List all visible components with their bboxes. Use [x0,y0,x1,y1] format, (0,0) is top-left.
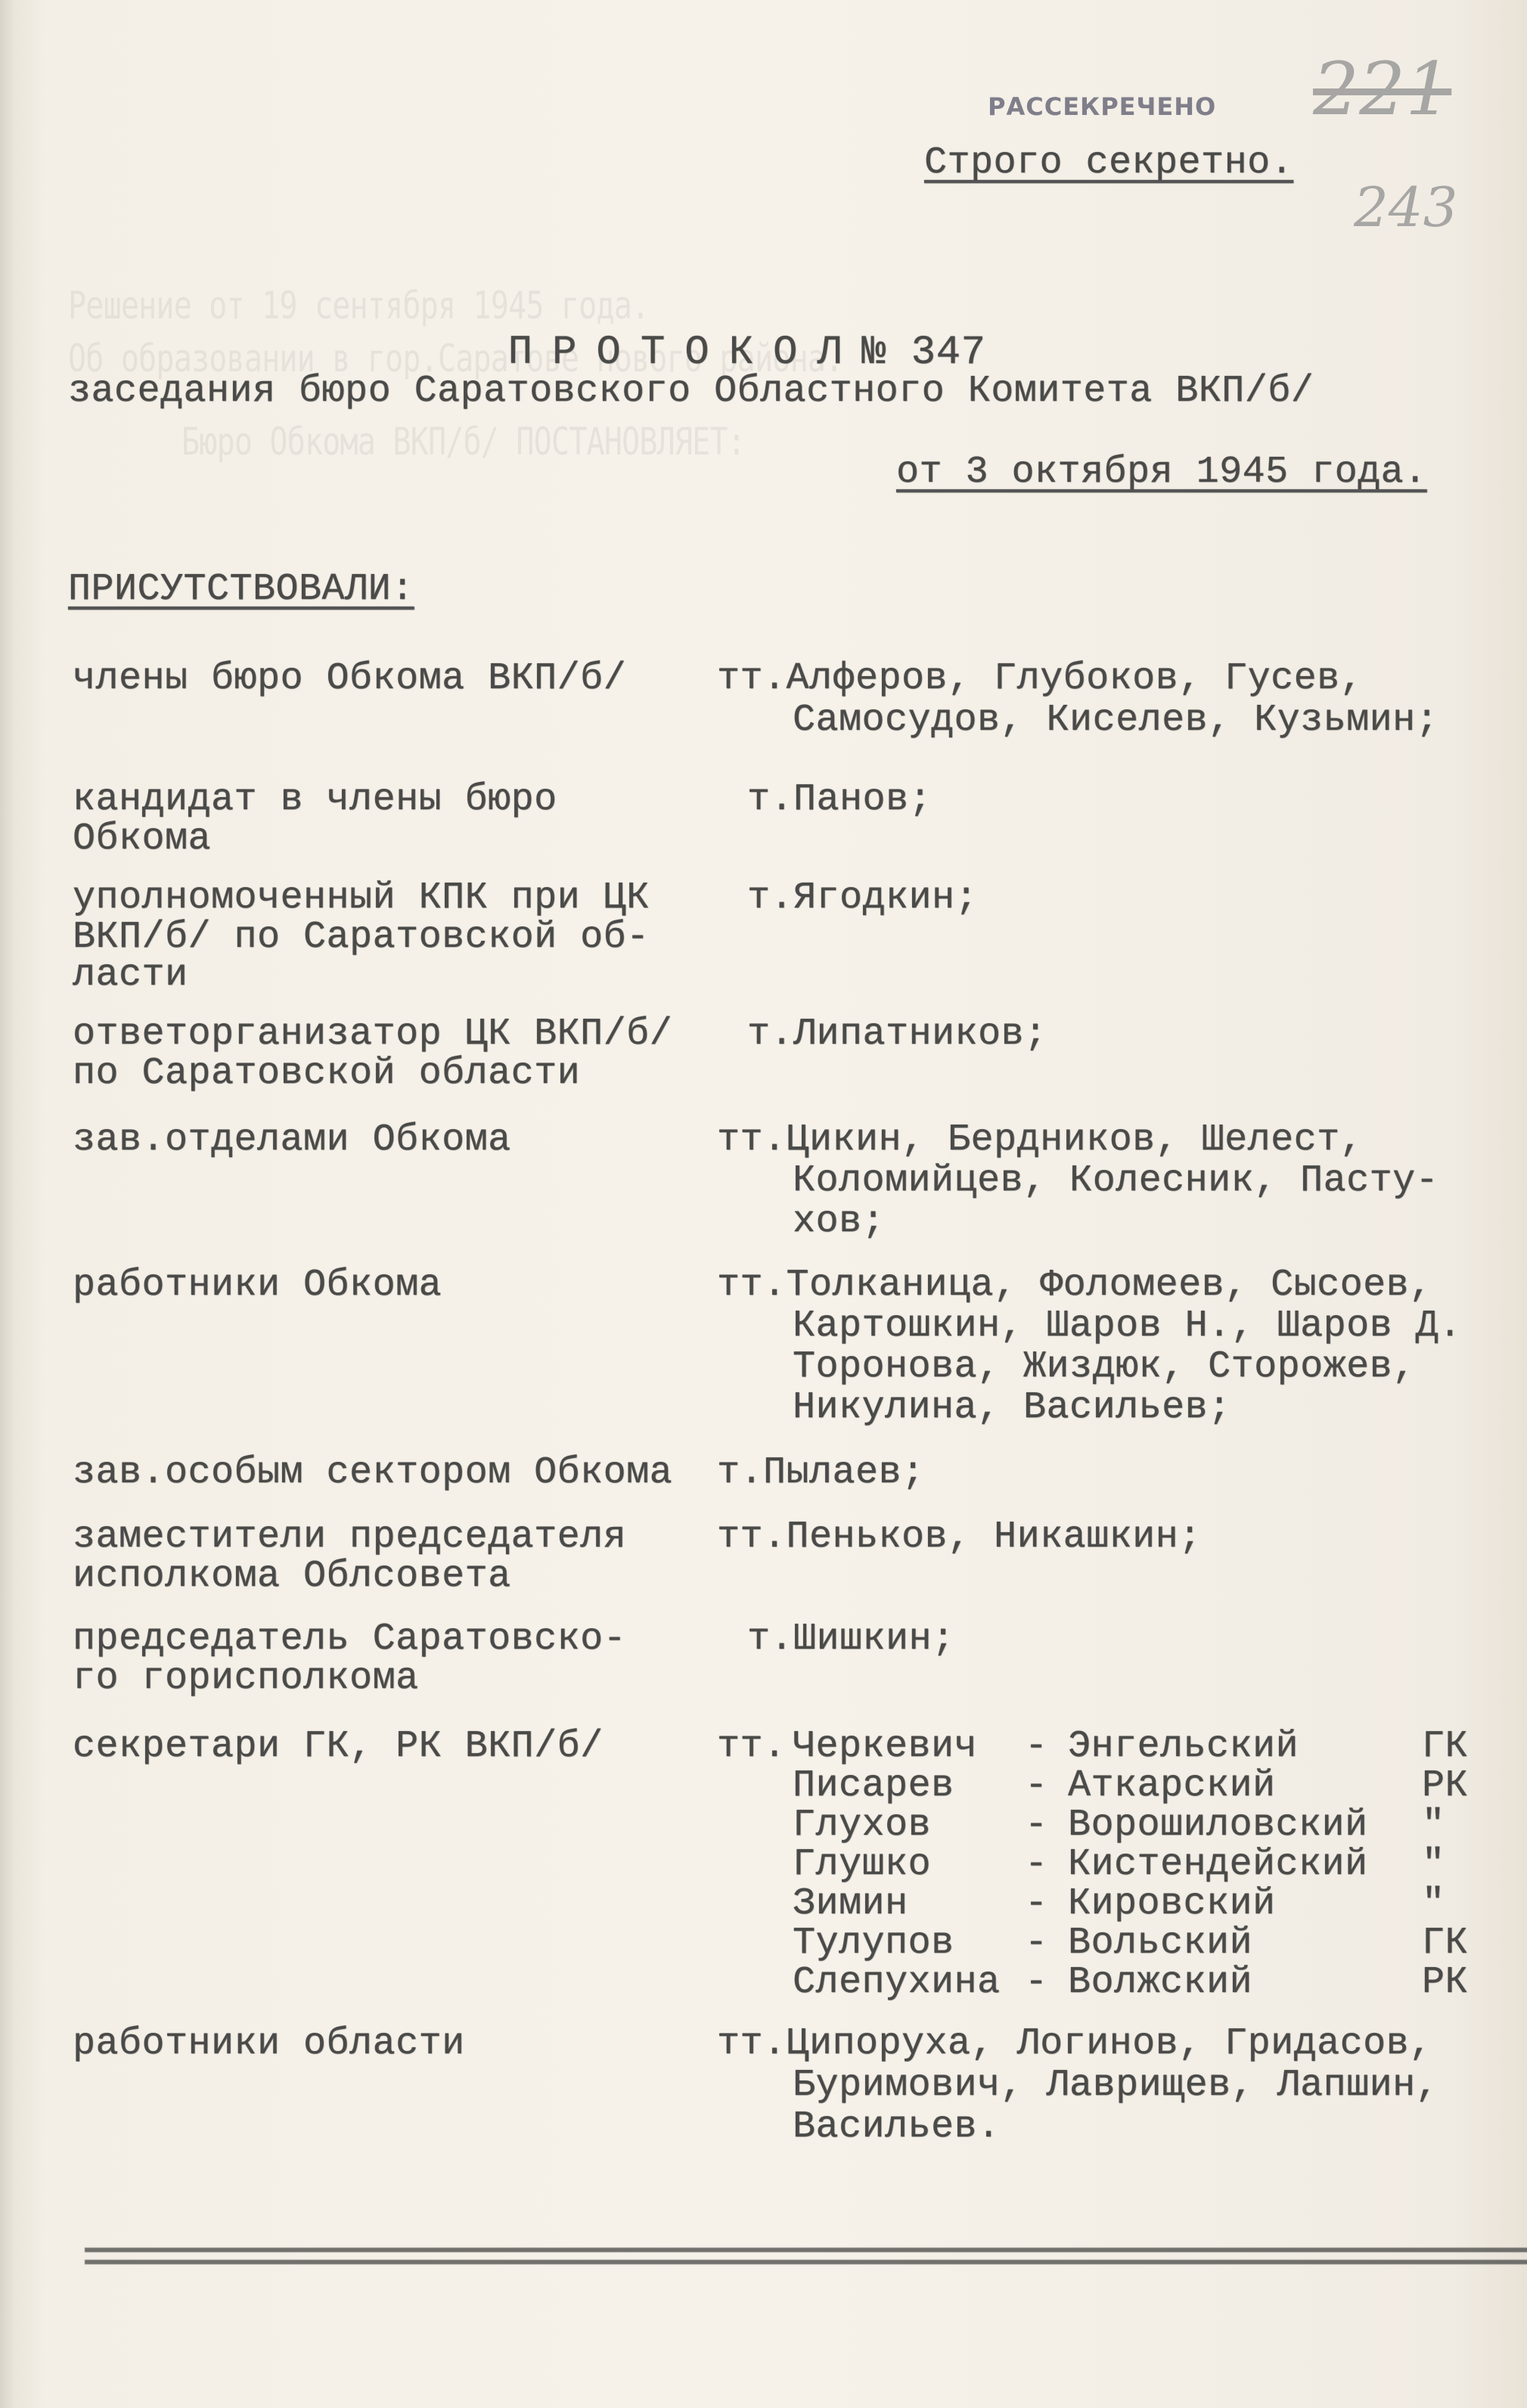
region-workers-names: Васильев. [793,2106,1001,2149]
secretary-dash: - [1025,1883,1048,1925]
attendee-role: по Саратовской области [73,1053,580,1095]
attendee-names: Картошкин, Шаров Н., Шаров Д. [793,1305,1462,1348]
secretary-name: Черкевич [793,1726,977,1768]
attendee-names: Коломийцев, Колесник, Пасту- [793,1160,1439,1202]
attendee-role: кандидат в члены бюро [73,779,557,821]
secretary-district: Ворошиловский [1068,1804,1368,1847]
title-text: ПРОТОКОЛ [508,330,861,376]
secretary-dash: - [1025,1804,1048,1847]
attendee-role: ВКП/б/ по Саратовской об- [73,917,650,959]
attendee-names: т.Пылаев; [717,1452,925,1494]
bleed-through-line: Бюро Обкома ВКП/б/ ПОСТАНОВЛЯЕТ: [182,420,745,464]
secretary-committee-type: РК [1422,1962,1468,2004]
secretary-district: Вольский [1068,1922,1252,1965]
meeting-date: от 3 октября 1945 года. [896,451,1427,494]
attendee-role: работники Обкома [73,1265,442,1307]
attendee-names: т.Липатников; [747,1013,1047,1056]
handwritten-page-number: 243 [1354,175,1457,239]
secretary-committee-type: " [1422,1804,1445,1847]
secretary-dash: - [1025,1765,1048,1808]
attendee-names: Никулина, Васильев; [793,1387,1231,1429]
attendee-names: тт.Толканица, Фоломеев, Сысоев, [717,1265,1432,1307]
region-workers-names: тт.Ципоруха, Логинов, Гридасов, [717,2023,1432,2065]
attendee-role: зав.особым сектором Обкома [73,1452,672,1494]
attendee-role: зав.отделами Обкома [73,1119,511,1162]
document-page: Решение от 19 сентября 1945 года. Об обр… [0,0,1527,2408]
secretaries-role: секретари ГК, РК ВКП/б/ [73,1726,604,1768]
region-workers-role: работники области [73,2023,465,2065]
document-subtitle: заседания бюро Саратовского Областного К… [68,371,1314,413]
closing-rule-bottom [85,2260,1527,2264]
secretary-committee-type: РК [1422,1765,1468,1808]
secretary-name: Писарев [793,1765,954,1808]
attendee-names: т.Панов; [747,779,932,821]
attendee-role: го горисполкома [73,1658,419,1700]
attendee-names: хов; [793,1201,885,1243]
attendee-role: заместители председателя [73,1516,626,1559]
attendee-names: т.Шишкин; [747,1618,955,1661]
secretary-dash: - [1025,1726,1048,1768]
attendee-role: члены бюро Обкома ВКП/б/ [73,658,626,700]
secretary-name: Слепухина [793,1962,1001,2004]
attendee-role: исполкома Облсовета [73,1556,511,1598]
secretary-district: Энгельский [1068,1726,1299,1768]
secretary-name: Тулупов [793,1922,954,1965]
attendee-role: ответорганизатор ЦК ВКП/б/ [73,1013,672,1056]
secretary-district: Аткарский [1068,1765,1276,1808]
classification-label: Строго секретно. [924,142,1293,185]
declassified-stamp: РАССЕКРЕЧЕНО [988,92,1216,121]
secretaries-prefix: тт. [717,1726,787,1768]
secretary-name: Глухов [793,1804,931,1847]
attendee-names: Самосудов, Киселев, Кузьмин; [793,700,1439,742]
secretary-dash: - [1025,1962,1048,2004]
secretary-name: Глушко [793,1844,931,1886]
attendee-names: тт.Пеньков, Никашкин; [717,1516,1202,1559]
attendee-role: уполномоченный КПК при ЦК [73,877,650,920]
attendee-role: председатель Саратовско- [73,1618,626,1661]
attendee-names: т.Ягодкин; [747,877,978,920]
closing-rule-top [85,2248,1527,2252]
present-heading: ПРИСУТСТВОВАЛИ: [68,569,414,611]
secretary-committee-type: " [1422,1883,1445,1925]
attendee-role: ласти [73,954,188,997]
attendee-names: Торонова, Жиздюк, Сторожев, [793,1346,1416,1389]
handwritten-page-number: 221 [1313,47,1451,132]
secretary-district: Волжский [1068,1962,1252,2004]
attendee-names: тт.Алферов, Глубоков, Гусев, [717,658,1363,700]
attendee-role: Обкома [73,818,211,861]
protocol-number: № 347 [861,330,986,376]
secretary-committee-type: ГК [1422,1726,1468,1768]
secretary-district: Кистендейский [1068,1844,1368,1886]
secretary-name: Зимин [793,1883,908,1925]
attendee-names: тт.Цикин, Бердников, Шелест, [717,1119,1363,1162]
region-workers-names: Буримович, Лаврищев, Лапшин, [793,2065,1439,2107]
secretary-dash: - [1025,1844,1048,1886]
secretary-dash: - [1025,1922,1048,1965]
secretary-committee-type: " [1422,1844,1445,1886]
secretary-district: Кировский [1068,1883,1276,1925]
secretary-committee-type: ГК [1422,1922,1468,1965]
